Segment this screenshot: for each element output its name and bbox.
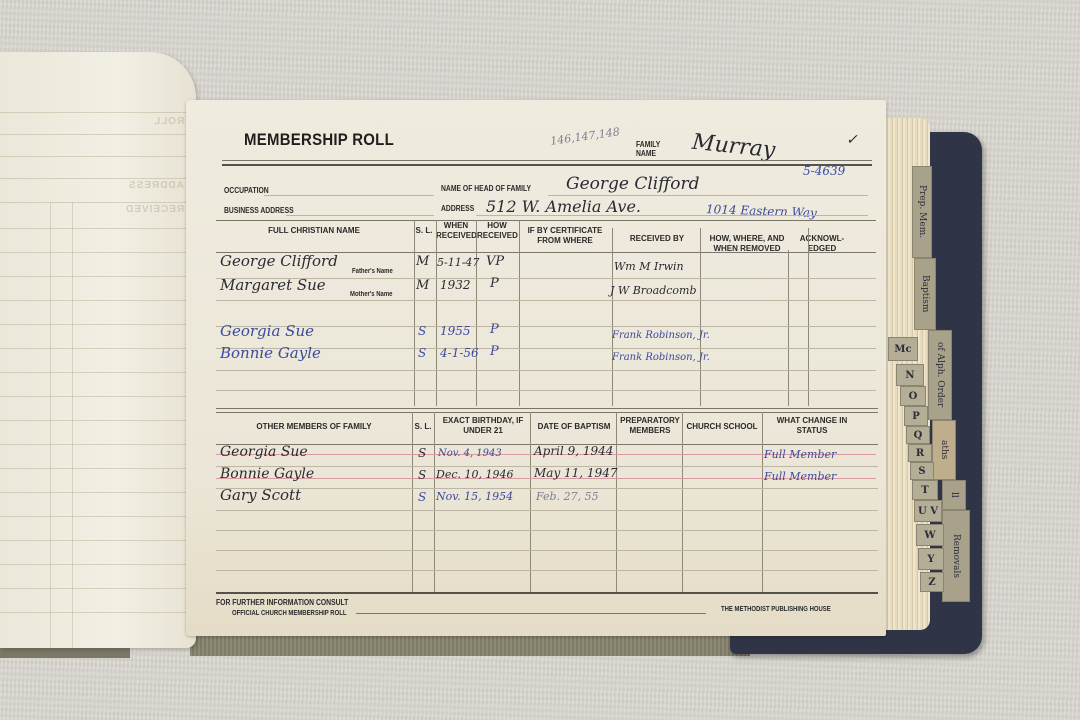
- member-sl: M: [416, 254, 429, 269]
- other-name: Gary Scott: [220, 486, 301, 504]
- other-sl: S: [418, 490, 426, 504]
- member-name: Bonnie Gayle: [220, 344, 321, 362]
- member-name: George Clifford: [220, 252, 338, 270]
- member-sl: S: [418, 346, 426, 360]
- member-how: P: [490, 344, 499, 359]
- col-sl: S. L.: [414, 226, 434, 236]
- col-full-name: FULL CHRISTIAN NAME: [216, 226, 412, 236]
- tab-removals[interactable]: Removals: [942, 510, 970, 602]
- tab-letter-t[interactable]: T: [912, 480, 938, 500]
- check-mark: ✓: [846, 132, 858, 148]
- address-new-value: 1014 Eastern Way: [706, 202, 817, 220]
- tab-letter-o[interactable]: O: [900, 386, 926, 406]
- member-name: Margaret Sue: [220, 276, 326, 294]
- member-how: P: [490, 276, 499, 291]
- tab-ll[interactable]: ll: [942, 480, 966, 510]
- tab-letter-z[interactable]: Z: [920, 572, 944, 592]
- footer-consult-line1: FOR FURTHER INFORMATION CONSULT: [216, 598, 348, 607]
- occupation-label: OCCUPATION: [224, 186, 269, 195]
- photo-scene: ROLL ADDRESS RECEIVED MEMBERSHIP ROLL 14…: [0, 0, 1080, 720]
- tab-baptism[interactable]: Baptism: [914, 258, 936, 330]
- member-name: Georgia Sue: [220, 322, 314, 340]
- other-birthday: Nov. 4, 1943: [438, 448, 502, 459]
- father-name-label: Father's Name: [352, 267, 393, 276]
- address-value: 512 W. Amelia Ave.: [486, 197, 641, 216]
- member-when: 1955: [440, 324, 471, 338]
- mother-name-label: Mother's Name: [350, 290, 392, 299]
- member-when: 4-1-56: [440, 346, 479, 360]
- family-name-value: Murray: [691, 130, 776, 164]
- page-title: MEMBERSHIP ROLL: [244, 130, 394, 150]
- membership-roll-page: MEMBERSHIP ROLL 146,147,148 FAMILY NAME …: [186, 100, 886, 636]
- member-received-by: J W Broadcomb: [610, 284, 697, 297]
- member-when: 5-11-47: [437, 256, 479, 269]
- business-address-label: BUSINESS ADDRESS: [224, 206, 294, 215]
- tab-letter-mc[interactable]: Mc: [888, 337, 918, 361]
- other-birthday: Nov. 15, 1954: [436, 490, 513, 503]
- member-received-by: Frank Robinson, Jr.: [612, 330, 710, 341]
- col-other-sl: S. L.: [412, 422, 434, 432]
- other-baptism: May 11, 1947: [534, 466, 617, 480]
- head-of-family-value: George Clifford: [566, 174, 700, 194]
- col-when-received: WHEN RECEIVED: [436, 221, 476, 241]
- col-other-members: OTHER MEMBERS OF FAMILY: [216, 422, 412, 432]
- other-name: Georgia Sue: [220, 444, 308, 460]
- tab-deaths[interactable]: aths: [932, 420, 956, 480]
- col-how-received: HOW RECEIVED: [477, 221, 517, 241]
- other-sl: S: [418, 446, 426, 460]
- other-name: Bonnie Gayle: [220, 466, 314, 482]
- col-cert-from: IF BY CERTIFICATE FROM WHERE: [520, 226, 610, 246]
- tab-letter-p[interactable]: P: [904, 406, 928, 426]
- other-birthday: Dec. 10, 1946: [436, 468, 513, 481]
- tab-letter-w[interactable]: W: [916, 524, 944, 546]
- publisher: THE METHODIST PUBLISHING HOUSE: [721, 605, 831, 614]
- footer-consult-line2: OFFICIAL CHURCH MEMBERSHIP ROLL: [232, 609, 346, 618]
- other-baptism: Feb. 27, 55: [536, 490, 599, 503]
- member-sl: S: [418, 324, 426, 338]
- col-change-status: WHAT CHANGE IN STATUS: [764, 416, 860, 436]
- other-change: Full Member: [764, 470, 836, 483]
- member-when: 1932: [440, 278, 471, 292]
- tab-letter-y[interactable]: Y: [918, 548, 944, 570]
- family-name-label: FAMILY NAME: [636, 140, 670, 158]
- member-how: P: [490, 322, 499, 337]
- col-removed: HOW, WHERE, AND WHEN REMOVED: [702, 234, 792, 254]
- tab-alph-order[interactable]: of Alph. Order: [928, 330, 952, 420]
- col-baptism: DATE OF BAPTISM: [532, 422, 616, 432]
- col-preparatory: PREPARATORY MEMBERS: [618, 416, 682, 436]
- col-acknowledged: ACKNOWL-EDGED: [796, 234, 848, 254]
- pencil-note: 146,147,148: [549, 125, 620, 148]
- col-church-school: CHURCH SCHOOL: [684, 422, 760, 432]
- tab-letter-r[interactable]: R: [908, 444, 932, 462]
- tab-letter-s[interactable]: S: [910, 462, 934, 480]
- col-birthday: EXACT BIRTHDAY, IF UNDER 21: [436, 416, 530, 436]
- tab-letter-uv[interactable]: U V: [914, 500, 942, 522]
- head-of-family-label: NAME OF HEAD OF FAMILY: [441, 184, 531, 193]
- other-sl: S: [418, 468, 426, 482]
- member-sl: M: [416, 278, 429, 293]
- tab-letter-q[interactable]: Q: [906, 426, 930, 444]
- member-received-by: Wm M Irwin: [614, 260, 684, 273]
- member-how: VP: [486, 254, 504, 269]
- member-received-by: Frank Robinson, Jr.: [612, 352, 710, 363]
- other-baptism: April 9, 1944: [534, 444, 613, 458]
- other-change: Full Member: [764, 448, 836, 461]
- col-received-by: RECEIVED BY: [614, 234, 700, 244]
- tab-prep-mem[interactable]: Prep. Mem.: [912, 166, 932, 258]
- left-page: ROLL ADDRESS RECEIVED: [0, 52, 196, 648]
- family-number: 5-4639: [803, 164, 845, 178]
- address-label: ADDRESS: [441, 204, 474, 213]
- tab-letter-n[interactable]: N: [896, 364, 924, 386]
